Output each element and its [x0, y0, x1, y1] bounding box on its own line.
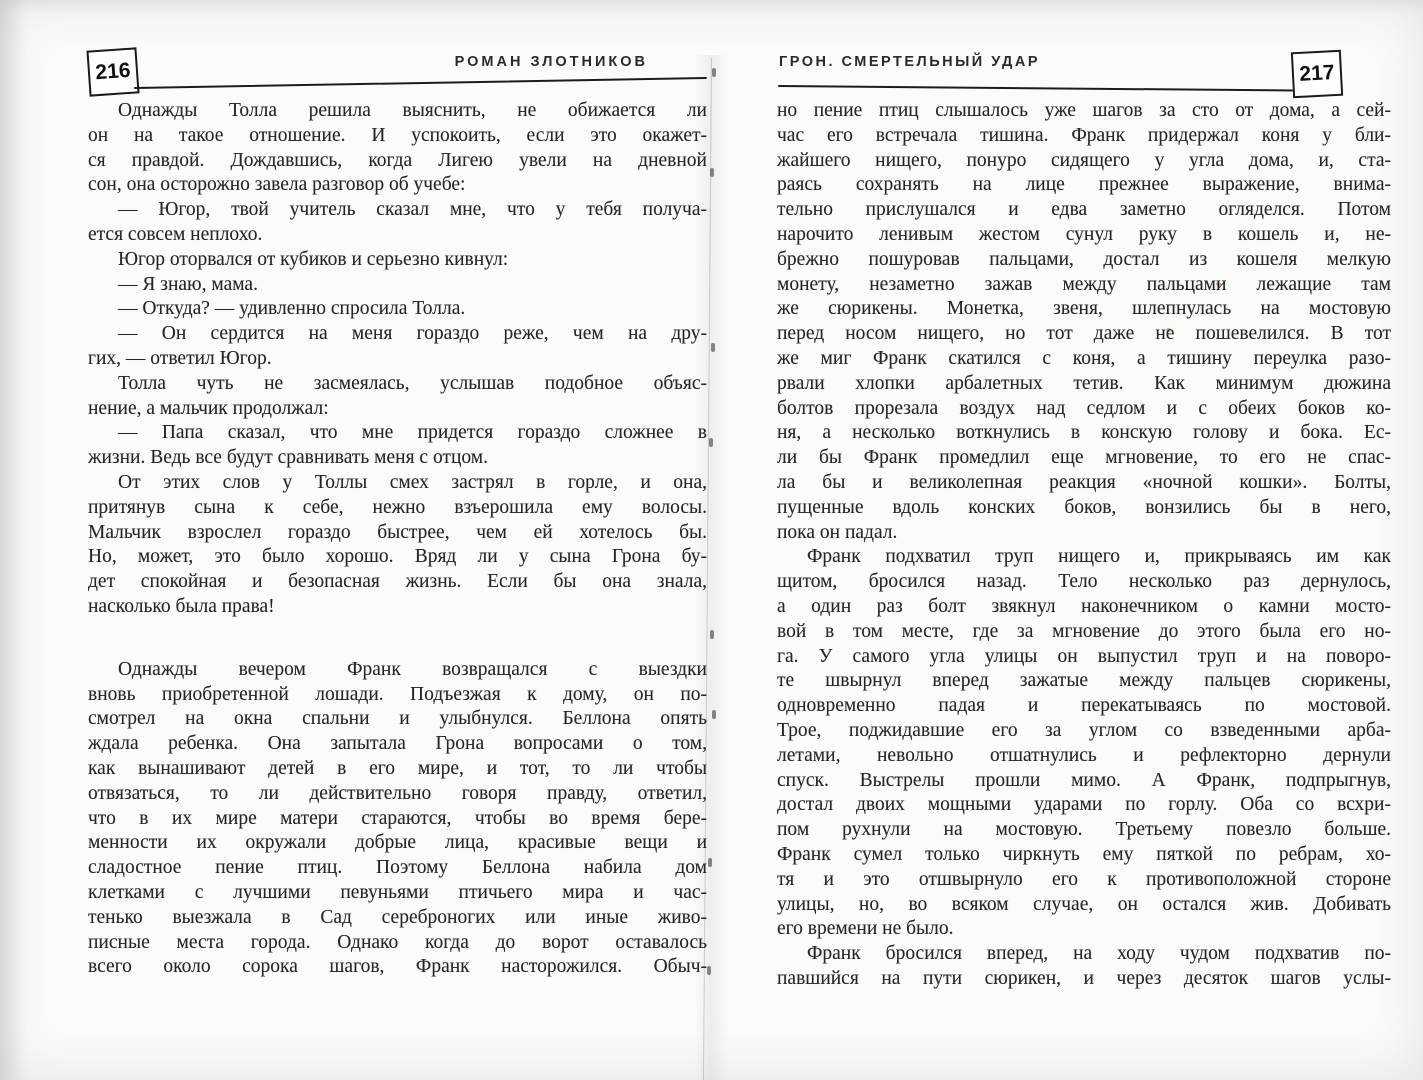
text-line: но пение птиц слышалось уже шагов за сто…: [777, 99, 1391, 124]
text-line: тенько выезжала в Сад сереброногих или и…: [88, 906, 707, 931]
text-line: спуск. Выстрелы прошли мимо. А Франк, по…: [777, 769, 1391, 794]
text-line: вой в том месте, где за мгновение до это…: [777, 620, 1391, 645]
text-line: пока он падал.: [777, 521, 1391, 546]
text-line: дет спокойная и безопасная жизнь. Если б…: [88, 570, 707, 595]
paragraph: — Он сердится на меня гораздо реже, чем …: [88, 322, 707, 372]
scan-mark: [709, 438, 713, 447]
page-number-box-right: 217: [1291, 50, 1343, 99]
text-line: Мальчик взрослел гораздо быстрее, чем ей…: [88, 521, 707, 546]
text-line: улицы, но, во всяком случае, он остался …: [777, 893, 1391, 918]
scan-mark: [712, 68, 716, 77]
text-line: — Он сердится на меня гораздо реже, чем …: [88, 322, 707, 347]
text-line: — Откуда? — удивленно спросила Толла.: [88, 297, 707, 322]
text-line: — Папа сказал, что мне придется гораздо …: [88, 421, 707, 446]
text-line: Толла чуть не засмеялась, услышав подобн…: [88, 372, 707, 397]
scan-mark: [708, 858, 712, 867]
text-line: всего около сорока шагов, Франк насторож…: [88, 955, 707, 980]
text-line: сон, она осторожно завела разговор об уч…: [88, 173, 707, 198]
text-line: нение, а мальчик продолжал:: [88, 397, 707, 422]
text-line: писные места города. Однако когда до вор…: [88, 931, 707, 956]
text-line: ся правдой. Дождавшись, когда Лигею увел…: [88, 149, 707, 174]
text-line: его времени не было.: [777, 917, 1391, 942]
text-line: жайшего нищего, понуро сидящего у угла д…: [777, 149, 1391, 174]
text-line: ется совсем неплохо.: [88, 223, 707, 248]
scan-mark: [710, 630, 714, 639]
text-line: тельно прислушался и едва заметно огляде…: [777, 198, 1391, 223]
text-line: Но, может, это было хорошо. Вряд ли у сы…: [88, 545, 707, 570]
text-line: гих, — ответил Югор.: [88, 347, 707, 372]
text-line: же миг Франк скатился с коня, а тишину п…: [777, 347, 1391, 372]
scan-mark: [707, 966, 711, 975]
running-header-left: РОМАН ЗЛОТНИКОВ: [300, 54, 648, 70]
text-line: те швырнул вперед зажатые между пальцев …: [777, 669, 1391, 694]
text-line: пом рухнули на мостовую. Третьему повезл…: [777, 818, 1391, 843]
text-line: достал двоих мощными ударами по горлу. О…: [777, 793, 1391, 818]
paragraph: Франк подхватил труп нищего и, прикрывая…: [777, 545, 1391, 942]
text-line: — Я знаю, мама.: [88, 273, 707, 298]
text-line: рвали хлопки арбалетных тетив. Как миним…: [777, 372, 1391, 397]
text-line: ла бы и великолепная реакция «ночной кош…: [777, 471, 1391, 496]
text-line: щитом, бросился назад. Тело несколько ра…: [777, 570, 1391, 595]
text-line: час его встречала тишина. Франк придержа…: [777, 124, 1391, 149]
text-line: же сюрикены. Монетка, звеня, шлепнулась …: [777, 297, 1391, 322]
text-line: что в их мире матери стараются, чтобы во…: [88, 807, 707, 832]
text-line: павшийся на пути сюрикен, и через десято…: [777, 967, 1391, 992]
text-line: насколько была права!: [88, 595, 707, 620]
paragraph: — Откуда? — удивленно спросила Толла.: [88, 297, 707, 322]
scan-mark: [711, 343, 715, 352]
text-line: отвязаться, то ли действительно говоря п…: [88, 782, 707, 807]
text-line: монету, незаметно зажав между пальцами л…: [777, 273, 1391, 298]
text-line: раясь сохранять на лице прежнее выражени…: [777, 173, 1391, 198]
text-line: вновь приобретенной лошади. Подъезжая к …: [88, 683, 707, 708]
text-line: Франк бросился вперед, на ходу чудом под…: [777, 942, 1391, 967]
paragraph: Толла чуть не засмеялась, услышав подобн…: [88, 372, 707, 422]
text-line: притянув сына к себе, нежно взъерошила е…: [88, 496, 707, 521]
text-line: ня, а несколько воткнулись в конскую гол…: [777, 421, 1391, 446]
page-number-right: 217: [1299, 61, 1335, 87]
text-line: брежно пошуровав пальцами, достал из кош…: [777, 248, 1391, 273]
text-line: га. У самого угла улицы он выпустил труп…: [777, 645, 1391, 670]
text-line: а один раз болт звякнул наконечником о к…: [777, 595, 1391, 620]
paragraph: — Я знаю, мама.: [88, 273, 707, 298]
scan-edge-shadow: [0, 0, 26, 1080]
text-line: как вынашивают детей в его мире, и тот, …: [88, 757, 707, 782]
text-line: клетками с лучшими певуньями птичьего ми…: [88, 881, 707, 906]
text-line: перед носом нищего, но тот даже не пошев…: [777, 322, 1391, 347]
text-line: пущенные вдоль конских боков, вонзились …: [777, 496, 1391, 521]
text-line: Однажды Толла решила выяснить, не обижае…: [88, 99, 707, 124]
header-rule-right: [778, 85, 1296, 92]
running-header-right: ГРОН. СМЕРТЕЛЬНЫЙ УДАР: [779, 54, 1040, 70]
text-line: он на такое отношение. И успокоить, если…: [88, 124, 707, 149]
text-line: нарочито ленивым жестом сунул руку в кош…: [777, 223, 1391, 248]
page-number-box-left: 216: [86, 47, 139, 96]
paragraph: Югор оторвался от кубиков и серьезно кив…: [88, 248, 707, 273]
scan-mark: [710, 168, 714, 177]
scan-mark: [712, 710, 716, 719]
text-line: тя и это отшвырнуло его к противоположно…: [777, 868, 1391, 893]
text-line: От этих слов у Толлы смех застрял в горл…: [88, 471, 707, 496]
text-line: Однажды вечером Франк возвращался с выез…: [88, 658, 707, 683]
text-line: летами, невольно отшатнулись и рефлектор…: [777, 744, 1391, 769]
text-line: болтов прорезала воздух над седлом и с о…: [777, 397, 1391, 422]
header-rule-left: [134, 77, 707, 89]
text-line: — Югор, твой учитель сказал мне, что у т…: [88, 198, 707, 223]
scan-edge-shadow: [0, 0, 1423, 14]
paragraph: От этих слов у Толлы смех застрял в горл…: [88, 471, 707, 620]
text-line: Франк подхватил труп нищего и, прикрывая…: [777, 545, 1391, 570]
text-line: Франк сумел только чиркнуть ему пяткой п…: [777, 843, 1391, 868]
text-line: сладостное пение птиц. Поэтому Беллона н…: [88, 856, 707, 881]
right-page-text: но пение птиц слышалось уже шагов за сто…: [777, 99, 1391, 992]
paragraph: Однажды вечером Франк возвращался с выез…: [88, 658, 707, 980]
text-line: одновременно падая и перекатываясь по мо…: [777, 694, 1391, 719]
paragraph: Однажды Толла решила выяснить, не обижае…: [88, 99, 707, 198]
text-line: смотрел на окна спальни и улыбнулся. Бел…: [88, 707, 707, 732]
text-line: ждала ребенка. Она запытала Грона вопрос…: [88, 732, 707, 757]
text-line: менности их окружали добрые лица, красив…: [88, 831, 707, 856]
text-line: жизни. Ведь все будут сравнивать меня с …: [88, 446, 707, 471]
page-number-left: 216: [95, 59, 132, 85]
book-spread: 216 РОМАН ЗЛОТНИКОВ ГРОН. СМЕРТЕЛЬНЫЙ УД…: [0, 0, 1423, 1080]
left-page-text: Однажды Толла решила выяснить, не обижае…: [88, 99, 707, 980]
text-line: Трое, поджидавшие его за углом со взведе…: [777, 719, 1391, 744]
paragraph: но пение птиц слышалось уже шагов за сто…: [777, 99, 1391, 545]
paragraph: — Югор, твой учитель сказал мне, что у т…: [88, 198, 707, 248]
paragraph: — Папа сказал, что мне придется гораздо …: [88, 421, 707, 471]
text-line: Югор оторвался от кубиков и серьезно кив…: [88, 248, 707, 273]
paragraph: Франк бросился вперед, на ходу чудом под…: [777, 942, 1391, 992]
section-break: [88, 620, 707, 658]
text-line: ли бы Франк промедлил еще мгновение, то …: [777, 446, 1391, 471]
